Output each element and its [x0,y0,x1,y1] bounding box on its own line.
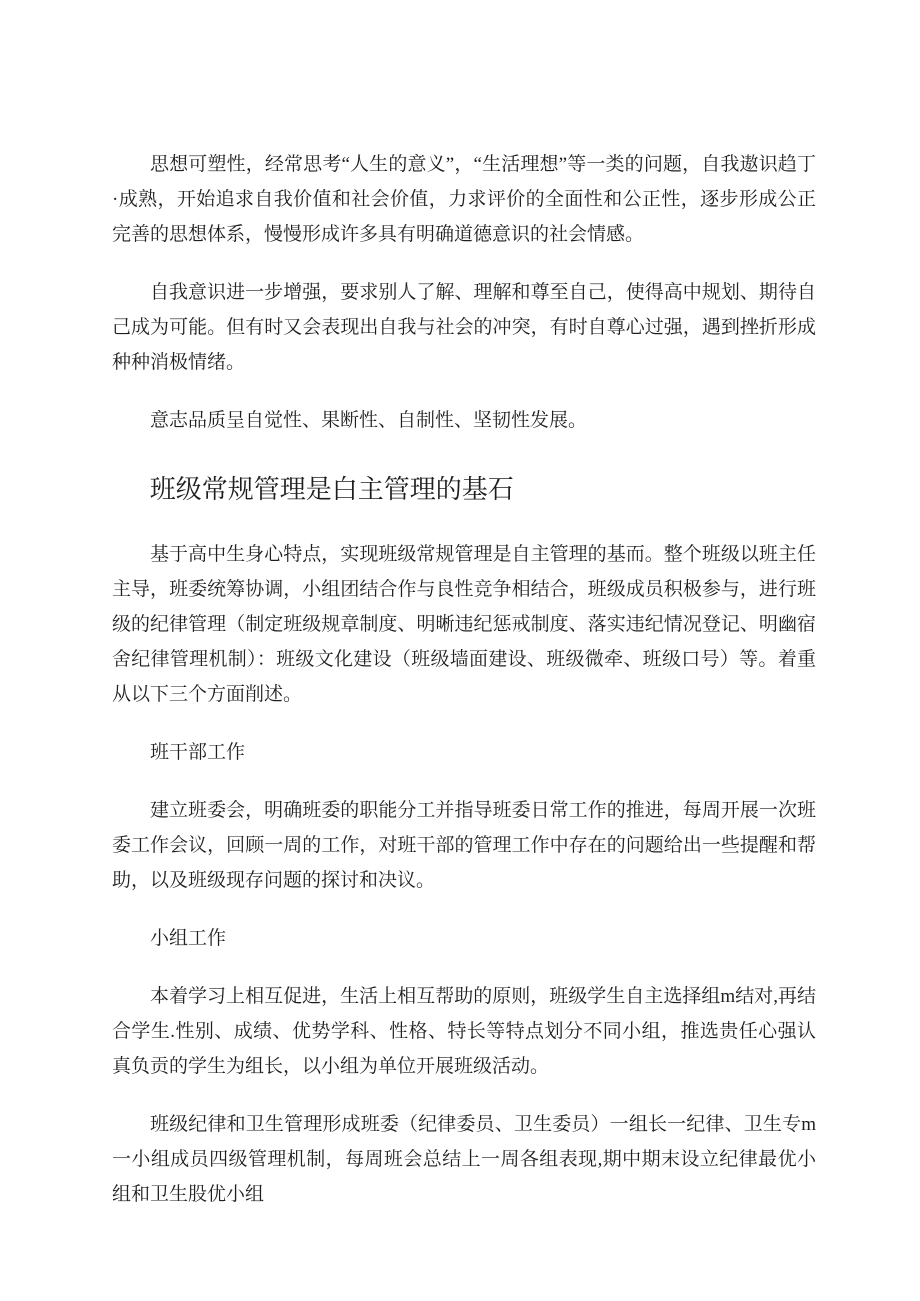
section-heading-routine-management: 班级常规管理是白主管理的基石 [112,470,816,510]
paragraph-group-work-detail: 本着学习上相互促进，生活上相互帮助的原则，班级学生自主选择组m结对,再结合学生.… [112,979,816,1084]
sub-heading-cadre-work: 班干部工作 [112,735,816,770]
paragraph-thought-plasticity: 思想可塑性，经常思考“人生的意义”，“生活理想”等一类的问题，自我遨识趋丁·成熟… [112,147,816,252]
paragraph-will-quality: 意志品质呈自觉性、果断性、自制性、坚韧性发展。 [112,403,816,438]
paragraph-cadre-work-detail: 建立班委会，明确班委的职能分工并指导班委日常工作的推进，每周开展一次班委工作会议… [112,793,816,898]
document-page: 思想可塑性，经常思考“人生的意义”，“生活理想”等一类的问题，自我遨识趋丁·成熟… [0,0,920,1301]
paragraph-management-overview: 基于高中生身心特点，实现班级常规管理是自主管理的基而。整个班级以班主任主导，班委… [112,537,816,712]
paragraph-discipline-hygiene: 班级纪律和卫生管理形成班委（纪律委员、卫生委员）一组长一纪律、卫生专m一小组成员… [112,1107,816,1212]
sub-heading-group-work: 小组工作 [112,921,816,956]
paragraph-self-awareness: 自我意识进一步增强，要求别人了解、理解和尊至自己，使得高中规划、期待自己成为可能… [112,275,816,380]
